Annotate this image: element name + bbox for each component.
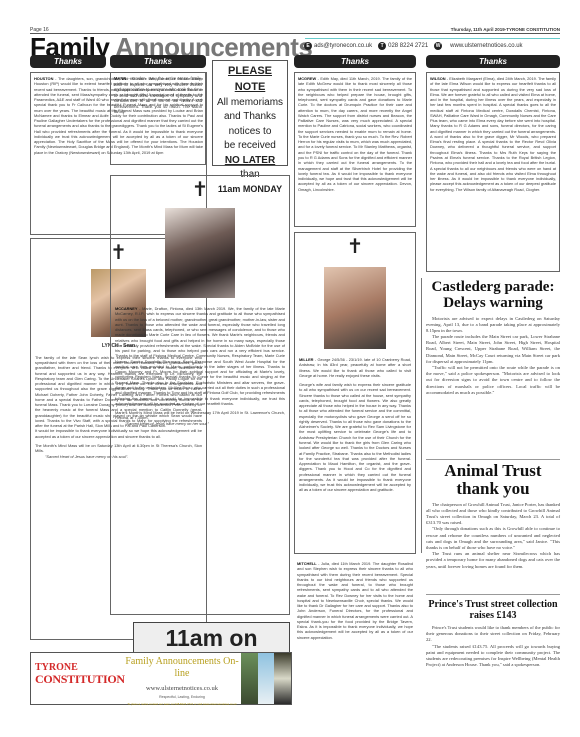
advert-image-3 bbox=[274, 653, 291, 704]
story-paragraph: The parade route includes the Main Stree… bbox=[426, 334, 560, 365]
cross-icon: ✝ bbox=[115, 180, 285, 200]
story-paragraph: "Traffic will not be permitted onto the … bbox=[426, 365, 560, 396]
advert-tagline: Respectful, Lasting, Enduring bbox=[123, 695, 241, 699]
verse: "Sacred Heart of Jesus have mercy on her… bbox=[115, 421, 285, 426]
note-line: be received bbox=[216, 139, 284, 154]
story-paragraph: The chairperson of Growhill Animal Trust… bbox=[426, 502, 560, 527]
story-paragraph: "The students raised £143.75. All procee… bbox=[426, 644, 560, 669]
deadline-time: 11am on bbox=[134, 626, 289, 650]
advert-image-1 bbox=[241, 653, 258, 704]
phone-contact[interactable]: T028 8224 2721 bbox=[378, 42, 428, 50]
note-heading-2: NOTE bbox=[216, 80, 284, 96]
advert-body: Family Announcements On-line www.ulstern… bbox=[123, 653, 241, 704]
notice-mitchell: MITCHELL - Julia, died 11th March 2019. … bbox=[294, 558, 416, 718]
notice-name: WILSON bbox=[430, 76, 446, 81]
phone-icon: T bbox=[378, 42, 386, 50]
notice-miller: ✝ MILLER - George 24/5/36 - 23/1/19. lat… bbox=[294, 232, 416, 554]
accent-rule bbox=[305, 38, 560, 39]
website-url: www.ulsternetnotices.co.uk bbox=[450, 43, 522, 49]
story-princes-trust: Prince's Trust street collection raises … bbox=[426, 600, 560, 668]
dateline: Thursday, 11th April 2019-TYRONE CONSTIT… bbox=[451, 27, 560, 32]
section-bar-thanks-2: Thanks bbox=[110, 55, 206, 68]
advert-image-2 bbox=[258, 653, 275, 704]
notice-mann: MANN - Gordon. We, the entire Mann famil… bbox=[110, 72, 206, 165]
story-animal-trust: Animal Trust thank you The chairperson o… bbox=[426, 462, 560, 570]
notice-name: HOUSTON bbox=[34, 76, 53, 81]
notice-text: - Marie, Drafton, Fintona, died 13th Mar… bbox=[115, 306, 285, 406]
notice-wilson: WILSON - Elizabeth Margaret (Elma), died… bbox=[426, 72, 560, 272]
notice-name: MITCHELL bbox=[297, 561, 317, 566]
story-headline: Animal Trust thank you bbox=[426, 462, 560, 498]
story-divider bbox=[426, 459, 560, 460]
notice-text-2: Marie's Month's Mind Mass will be held o… bbox=[115, 410, 285, 421]
story-paragraph: "Only through donations such as this is … bbox=[426, 526, 560, 551]
notice-text-2: George's wife and family wish to express… bbox=[299, 382, 411, 493]
email-contact[interactable]: Eads@tyronecon.co.uk bbox=[304, 42, 372, 50]
story-headline: Prince's Trust street collection raises … bbox=[426, 600, 560, 621]
web-icon: W bbox=[434, 42, 442, 50]
online-advert[interactable]: TYRONE CONSTITUTION Family Announcements… bbox=[30, 652, 292, 705]
email-address: ads@tyronecon.co.uk bbox=[314, 43, 372, 49]
advert-heading: Family Announcements On-line bbox=[123, 656, 241, 680]
advert-small-print: To place a notice contact our team on 02… bbox=[123, 702, 241, 706]
advert-brand: TYRONE CONSTITUTION bbox=[31, 653, 123, 704]
note-heading-1: PLEASE bbox=[216, 64, 284, 80]
section-bar-thanks-3: Thanks bbox=[294, 55, 416, 68]
notice-text: - George 24/5/36 - 23/1/19. late of 10 C… bbox=[299, 357, 411, 378]
notice-text: - Julia, died 11th March 2019. The daugh… bbox=[297, 561, 413, 640]
story-paragraph: The Trust runs an animal shelter near Si… bbox=[426, 551, 560, 570]
note-line: All memoriams bbox=[216, 96, 284, 111]
story-paragraph: Prince's Trust students would like to th… bbox=[426, 625, 560, 644]
please-note-box: PLEASE NOTE All memoriams and Thanks not… bbox=[212, 60, 288, 166]
note-line: notices to bbox=[216, 125, 284, 140]
note-deadline-emphasis: NO LATER bbox=[216, 154, 284, 169]
notice-text: - Elizabeth Margaret (Elma), died 24th M… bbox=[430, 76, 556, 192]
notice-text: - Edith May, died 11th March, 2019. The … bbox=[298, 76, 412, 192]
note-line: and Thanks bbox=[216, 110, 284, 125]
notice-name: MANN bbox=[114, 76, 126, 81]
advert-url[interactable]: www.ulsternetnotices.co.uk bbox=[123, 685, 241, 692]
notice-name: MILLER bbox=[299, 357, 313, 362]
column-divider bbox=[421, 278, 422, 553]
miller-photo bbox=[324, 267, 386, 349]
notice-text: - Gordon. We, the entire Mann family, wi… bbox=[114, 76, 202, 114]
brand-line-2: CONSTITUTION bbox=[35, 673, 123, 686]
cross-icon: ✝ bbox=[299, 237, 411, 257]
contact-bar: Eads@tyronecon.co.uk T028 8224 2721 Wwww… bbox=[304, 42, 523, 50]
story-divider bbox=[426, 594, 560, 595]
phone-number: 028 8224 2721 bbox=[388, 43, 428, 49]
story-castlederg: Castlederg parade: Delays warning Motori… bbox=[426, 280, 560, 396]
notice-mcgrew: MCGREW - Edith May, died 11th March, 201… bbox=[294, 72, 416, 227]
story-headline: Castlederg parade: Delays warning bbox=[426, 280, 560, 312]
advert-images bbox=[241, 653, 291, 704]
notice-name: MCCARNEY bbox=[115, 306, 137, 311]
notice-name: MCGREW bbox=[298, 76, 316, 81]
notice-mccarney: ✝ MCCARNEY - Marie, Drafton, Fintona, di… bbox=[110, 175, 290, 615]
section-bar-thanks-1: Thanks bbox=[30, 55, 106, 68]
email-icon: E bbox=[304, 42, 312, 50]
section-bar-thanks-4: Thanks bbox=[426, 55, 560, 68]
mccarney-photo bbox=[165, 208, 235, 298]
story-paragraph: Motorists are advised to expect delays i… bbox=[426, 316, 560, 335]
web-contact[interactable]: Wwww.ulsternetnotices.co.uk bbox=[434, 42, 522, 50]
